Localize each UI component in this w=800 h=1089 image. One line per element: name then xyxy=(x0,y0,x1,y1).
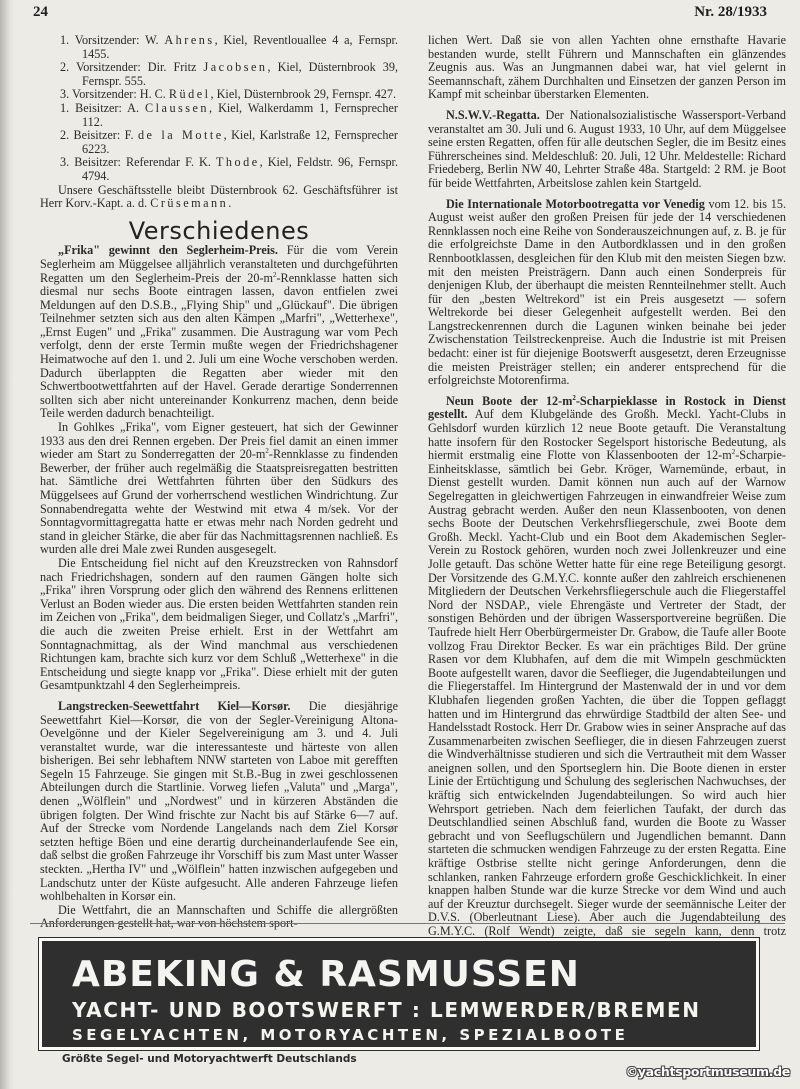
member-name: Rüdel xyxy=(169,87,211,101)
board-member: 1. Beisitzer: A. Claussen, Kiel, Walkerd… xyxy=(60,102,398,129)
article-paragraph: Die Wettfahrt, die an Mannschaften und S… xyxy=(40,904,398,931)
article-venedig: Die Internationale Motorbootregatta vor … xyxy=(428,198,786,388)
watermark: ©yachtsportmuseum.de xyxy=(626,1064,790,1079)
board-member-list: 1. Vorsitzender: W. Ahrens, Kiel, Revent… xyxy=(60,34,398,184)
board-member: 2. Beisitzer: F. de la Motte, Kiel, Karl… xyxy=(60,129,398,156)
article-headline: „Frika" gewinnt den Seglerheim-Preis. xyxy=(58,243,278,257)
member-name: de la Motte xyxy=(138,128,224,142)
member-name: Jacobsen xyxy=(204,60,268,74)
right-column: lichen Wert. Daß sie von allen Yachten o… xyxy=(428,34,786,952)
binding-shadow xyxy=(0,0,14,1089)
horizontal-rule xyxy=(30,923,785,924)
article-korsor: Langstrecken-Seewettfahrt Kiel—Korsør. D… xyxy=(40,700,398,904)
board-member: 2. Vorsitzender: Dir. Fritz Jacobsen, Ki… xyxy=(60,61,398,88)
board-member: 3. Vorsitzender: H. C. Rüdel, Kiel, Düst… xyxy=(60,88,398,102)
article-paragraph: lichen Wert. Daß sie von allen Yachten o… xyxy=(428,34,786,102)
article-headline: N.S.W.V.-Regatta. xyxy=(446,108,540,122)
board-member: 1. Vorsitzender: W. Ahrens, Kiel, Revent… xyxy=(60,34,398,61)
advertisement-inner: ABEKING & RASMUSSEN YACHT- UND BOOTSWERF… xyxy=(42,941,756,1047)
section-title: Verschiedenes xyxy=(40,225,398,239)
article-rostock: Neun Boote der 12-m2-Scharpieklasse in R… xyxy=(428,395,786,952)
ad-tagline: Größte Segel- und Motoryachtwerft Deutsc… xyxy=(62,1053,357,1065)
article-nswv: N.S.W.V.-Regatta. Der Nationalsozialisti… xyxy=(428,109,786,191)
ad-product-line: SEGELYACHTEN, MOTORYACHTEN, SPEZIALBOOTE xyxy=(72,1024,756,1046)
article-paragraph: Die Entscheidung fiel nicht auf den Kreu… xyxy=(40,557,398,693)
article-headline: Die Internationale Motorbootregatta vor … xyxy=(446,197,705,211)
ad-company-name: ABEKING & RASMUSSEN xyxy=(72,955,756,995)
issue-number: Nr. 28/1933 xyxy=(694,4,767,21)
magazine-page: 24 Nr. 28/1933 1. Vorsitzender: W. Ahren… xyxy=(0,0,800,1089)
member-name: Thode xyxy=(216,155,260,169)
article-paragraph: In Gohlkes „Frika", vom Eigner gesteuert… xyxy=(40,421,398,557)
article-headline: Langstrecken-Seewettfahrt Kiel—Korsør. xyxy=(58,699,290,713)
advertisement-box: ABEKING & RASMUSSEN YACHT- UND BOOTSWERF… xyxy=(38,937,760,1051)
board-member: 3. Beisitzer: Referendar F. K. Thode, Ki… xyxy=(60,156,398,183)
office-note: Unsere Geschäftsstelle bleibt Düsternbro… xyxy=(40,184,398,211)
member-name: Claussen xyxy=(145,101,209,115)
page-number: 24 xyxy=(33,4,48,21)
left-column: 1. Vorsitzender: W. Ahrens, Kiel, Revent… xyxy=(40,34,398,931)
member-name: Ahrens xyxy=(164,33,214,47)
ad-subtitle: YACHT- UND BOOTSWERFT : LEMWERDER/BREMEN xyxy=(72,997,756,1023)
article-frika: „Frika" gewinnt den Seglerheim-Preis. Fü… xyxy=(40,244,398,421)
